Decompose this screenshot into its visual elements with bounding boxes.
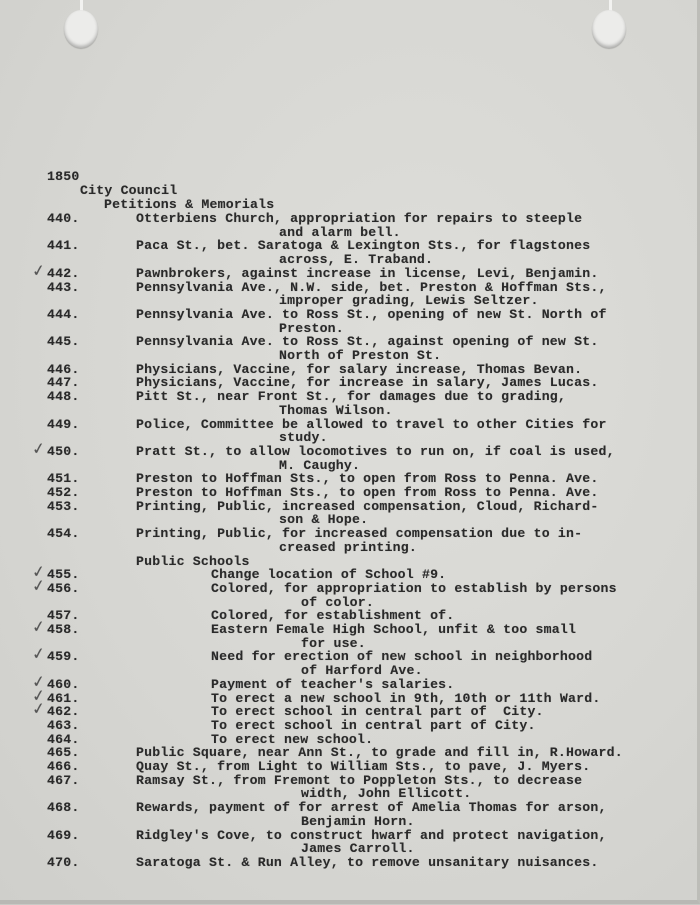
entry-number: 444.: [47, 308, 79, 322]
entry-text: Eastern Female High School, unfit & too …: [211, 623, 576, 637]
entry-number: 454.: [47, 527, 79, 541]
punch-hole-right: [592, 10, 626, 48]
entry-number: 449.: [47, 418, 79, 432]
check-mark-icon: ✓: [31, 647, 46, 663]
entry-number: 450.: [47, 445, 79, 459]
check-mark-icon: ✓: [31, 619, 46, 635]
entry-number: 467.: [47, 774, 79, 788]
entry-text: Pratt St., to allow locomotives to run o…: [136, 445, 615, 459]
entry-number: 453.: [47, 500, 79, 514]
entry-text: Police, Committee be allowed to travel t…: [136, 418, 607, 432]
entry-text: Colored, for appropriation to establish …: [211, 582, 617, 596]
entry-number: 456.: [47, 582, 79, 596]
entry-number: 459.: [47, 650, 79, 664]
year: 1850: [47, 170, 79, 184]
entry-text-continuation: creased printing.: [279, 541, 417, 555]
entry-number: 441.: [47, 239, 79, 253]
entry-number: 440.: [47, 212, 79, 226]
entry-number: 470.: [47, 856, 79, 870]
punch-hole-left: [64, 10, 98, 48]
entry-text: Saratoga St. & Run Alley, to remove unsa…: [136, 856, 599, 870]
check-mark-icon: ✓: [31, 263, 46, 279]
entry-number: 458.: [47, 623, 79, 637]
entry-number: 469.: [47, 829, 79, 843]
entry-number: 445.: [47, 335, 79, 349]
entry-number: 448.: [47, 390, 79, 404]
scanned-page: 1850 City Council Petitions & Memorials …: [0, 0, 700, 904]
entry-number: 468.: [47, 801, 79, 815]
check-mark-icon: ✓: [31, 441, 46, 457]
check-mark-icon: ✓: [31, 701, 46, 717]
entry-number: 443.: [47, 281, 79, 295]
entry-text: Pennsylvania Ave. to Ross St., opening o…: [136, 308, 607, 322]
check-mark-icon: ✓: [31, 578, 46, 594]
